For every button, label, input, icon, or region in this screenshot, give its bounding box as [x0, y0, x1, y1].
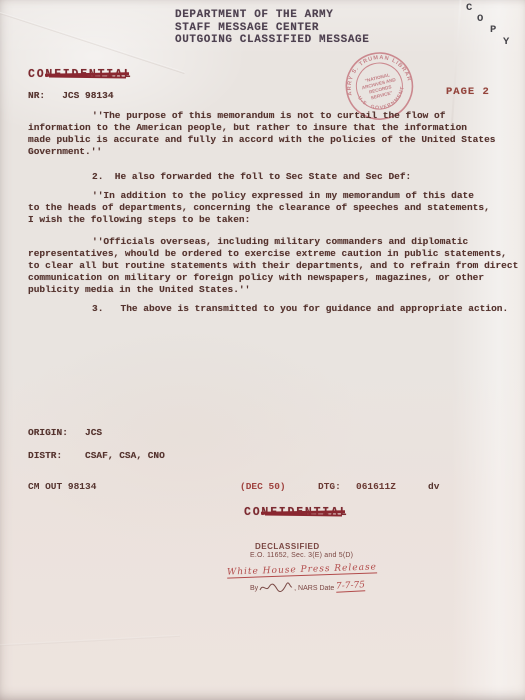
operator-initials: dv [428, 481, 439, 492]
letterhead: DEPARTMENT OF THE ARMY STAFF MESSAGE CEN… [175, 9, 369, 47]
classification-bottom-text: CONFIDENTIAL [244, 506, 348, 519]
by-label: By [250, 585, 258, 592]
page-number: PAGE 2 [446, 86, 490, 98]
signature-scribble [259, 581, 293, 593]
body-item-2: 2. He also forwarded the foll to Sec Sta… [28, 171, 411, 183]
body-paragraph-2: ''In addition to the policy expressed in… [28, 190, 490, 226]
dtg-value: 061611Z [356, 481, 396, 492]
classification-top: CONFIDENTIAL [28, 68, 132, 81]
dtg-label: DTG: [318, 481, 341, 492]
cm-out-number: CM OUT 98134 [28, 481, 96, 492]
classification-bottom: CONFIDENTIAL [244, 506, 348, 519]
classification-top-text: CONFIDENTIAL [28, 68, 132, 81]
paper-crease [0, 4, 185, 74]
declassification-stamp: DECLASSIFIED E.O. 11652, Sec. 3(E) and 5… [227, 542, 377, 592]
copy-mark-letter: Y [503, 36, 509, 48]
by-nars-line: By , NARS Date 7-7-75 [250, 581, 377, 592]
body-paragraph-1: ''The purpose of this memorandum is not … [28, 110, 495, 158]
declassified-title: DECLASSIFIED [255, 542, 377, 551]
nars-date-label: , NARS Date [294, 585, 334, 592]
copy-mark-letter: O [477, 13, 483, 25]
dec-50-paren: (DEC 50) [240, 481, 286, 492]
copy-mark-letter: P [490, 24, 496, 36]
handwritten-date: 7-7-75 [336, 580, 366, 593]
paper-crease [0, 635, 180, 647]
body-paragraph-3: ''Officials overseas, including military… [28, 236, 518, 296]
distribution-line: DISTR: CSAF, CSA, CNO [28, 450, 165, 462]
message-number-line: NR: JCS 98134 [28, 90, 114, 102]
eo-citation-line: E.O. 11652, Sec. 3(E) and 5(D) [250, 552, 377, 559]
copy-mark-letter: C [466, 2, 472, 14]
origin-line: ORIGIN: JCS [28, 427, 102, 439]
handwritten-note: White House Press Release [227, 562, 377, 578]
cm-out-row: CM OUT 98134 (DEC 50) DTG: 061611Z dv [0, 481, 525, 495]
scanned-document-page: C O P Y DEPARTMENT OF THE ARMY STAFF MES… [0, 0, 525, 700]
body-item-3: 3. The above is transmitted to you for g… [28, 303, 508, 315]
